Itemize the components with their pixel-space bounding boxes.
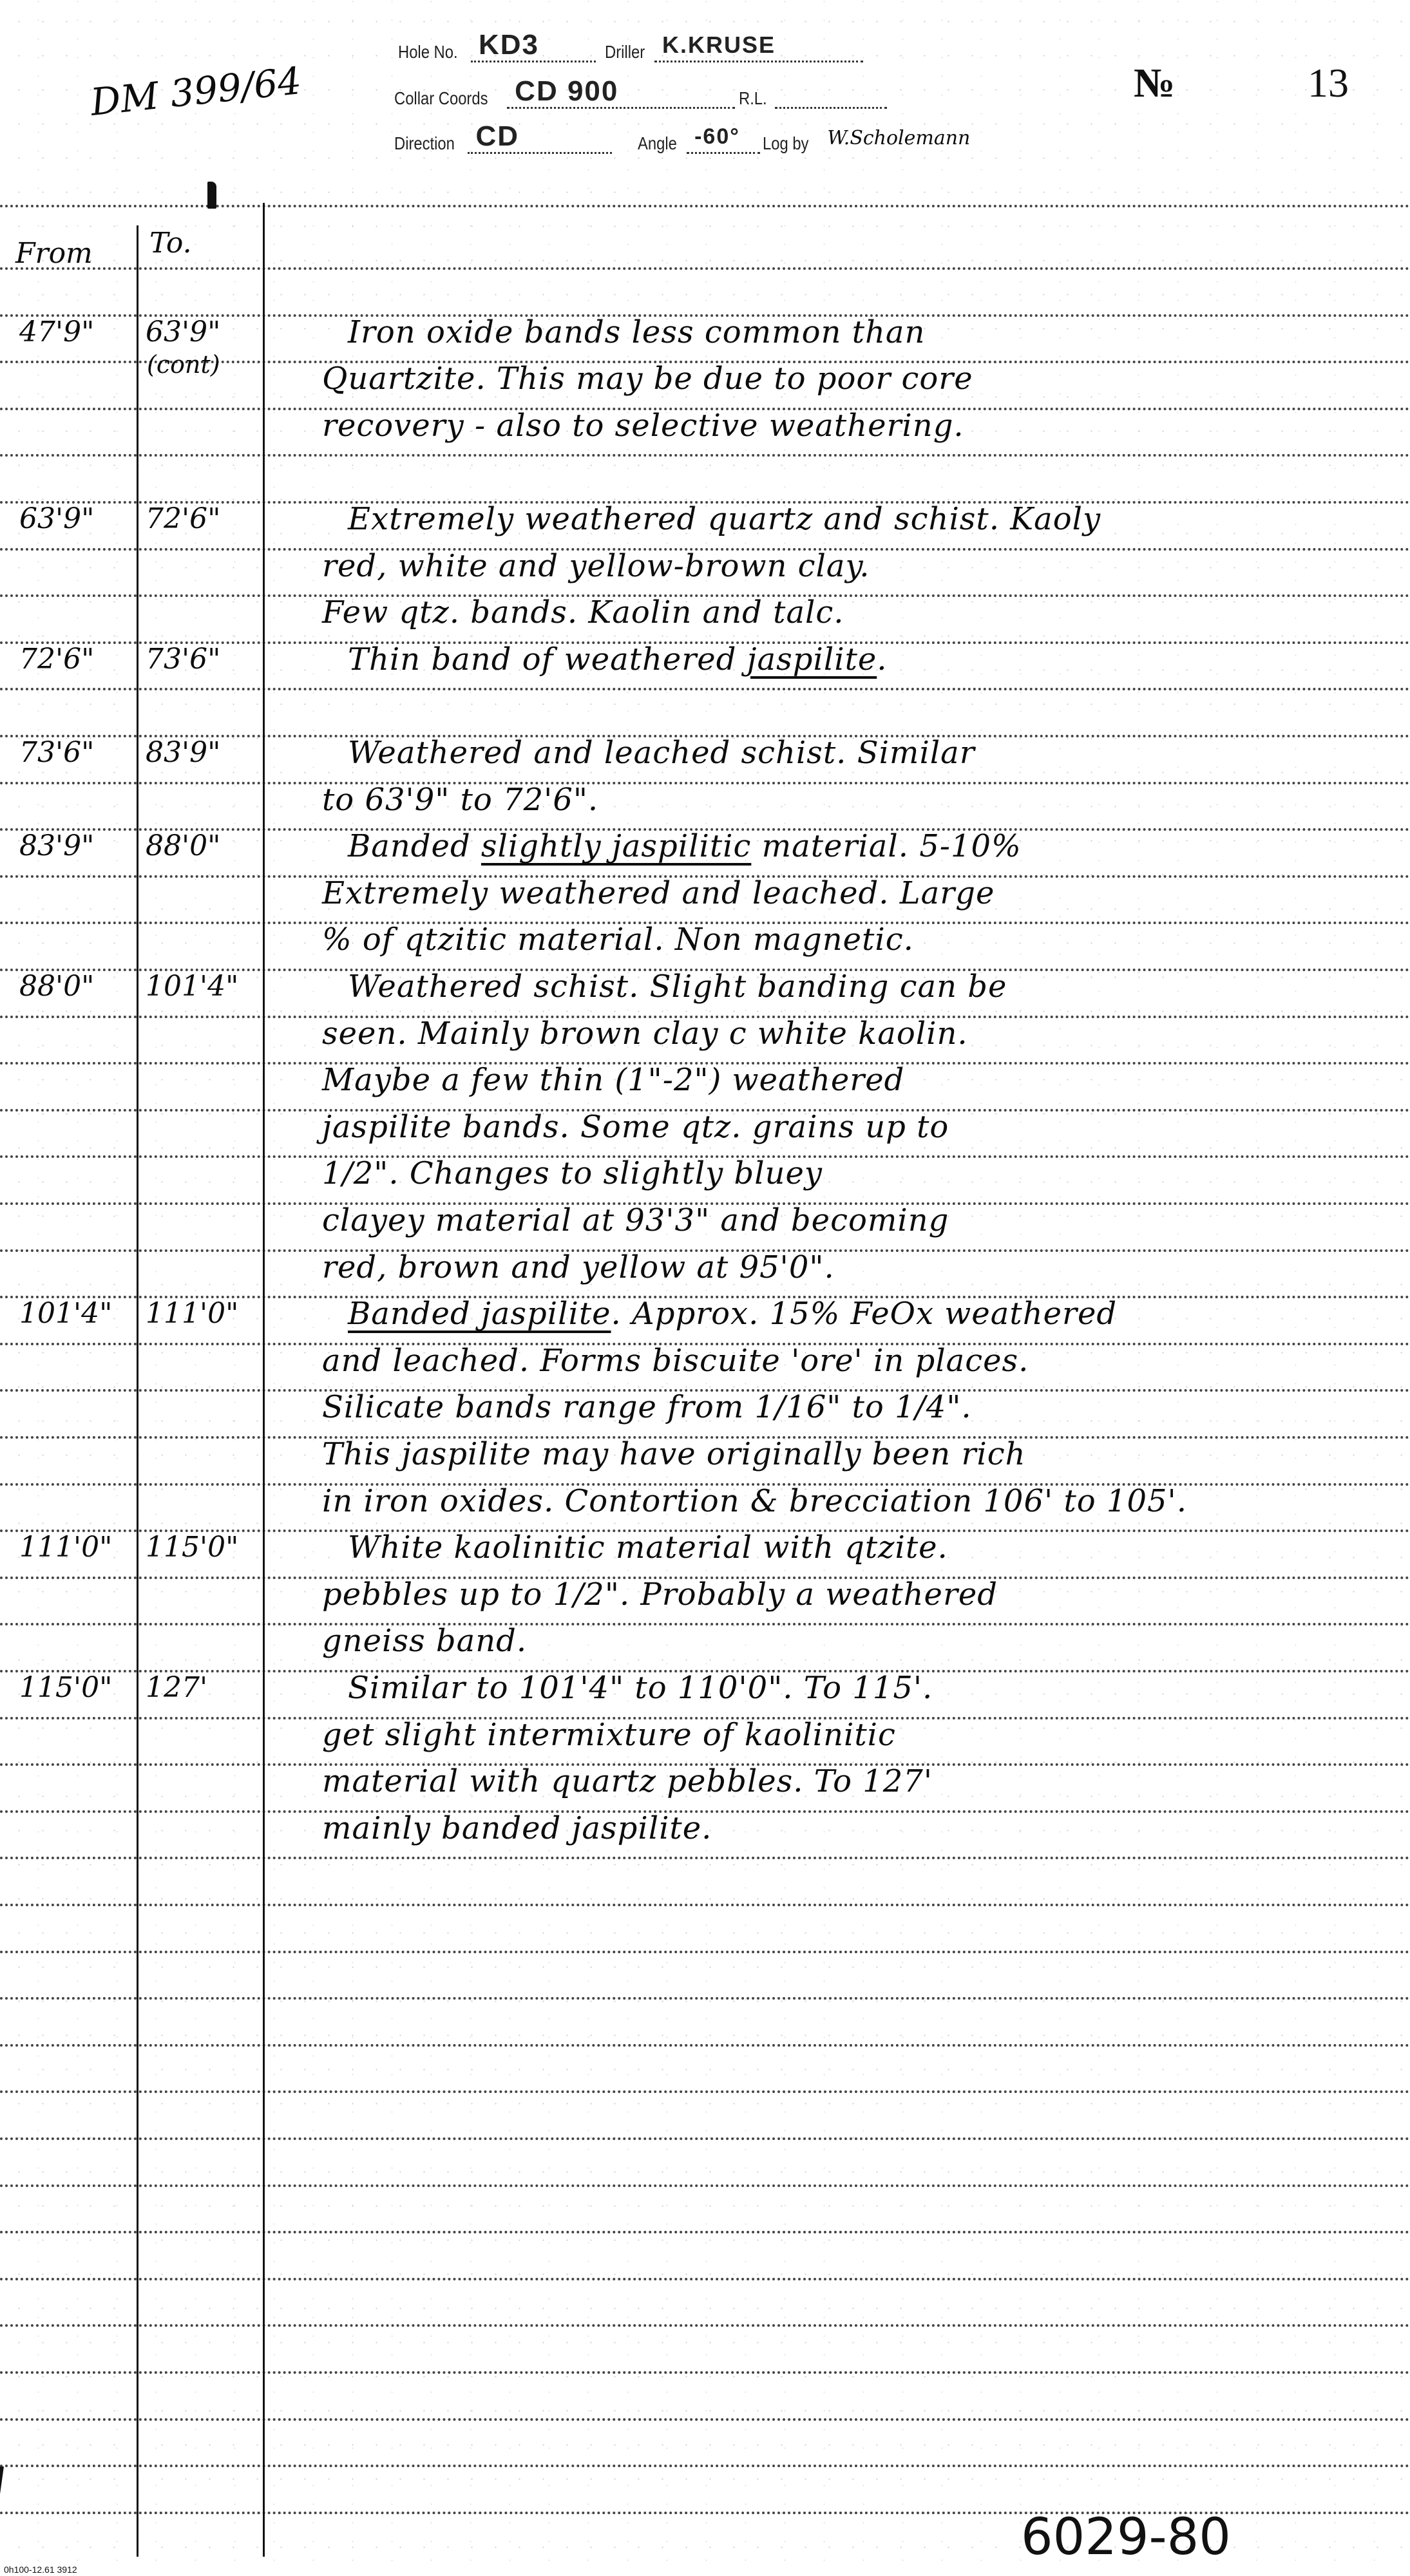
description-line: gneiss band. <box>322 1623 527 1659</box>
description-line: recovery - also to selective weathering. <box>322 408 964 444</box>
description-line: Quartzite. This may be due to poor core <box>322 361 973 397</box>
description-line: jaspilite bands. Some qtz. grains up to <box>322 1109 949 1145</box>
page-edge-shadow <box>0 2467 4 2576</box>
hole-no-label: Hole No. <box>398 42 458 62</box>
description-line: Weathered and leached schist. Similar <box>348 735 975 771</box>
number-sign: № <box>1134 59 1175 107</box>
document-number: 6029-80 <box>1021 2508 1231 2566</box>
depth-to: 72'6" <box>146 502 220 535</box>
depth-to: 101'4" <box>146 970 238 1003</box>
hole-no-value: KD3 <box>471 31 596 62</box>
description-line: seen. Mainly brown clay c white kaolin. <box>322 1016 968 1052</box>
description-line: % of qtzitic material. Non magnetic. <box>322 922 914 958</box>
ruled-line <box>0 1951 1410 1953</box>
depth-to: 63'9" <box>146 316 220 348</box>
description-line: Extremely weathered and leached. Large <box>322 875 995 911</box>
form-code: 0h100-12.61 3912 <box>4 2564 77 2575</box>
depth-to: 127' <box>146 1671 207 1704</box>
description-line: This jaspilite may have originally been … <box>322 1436 1026 1472</box>
depth-to: 83'9" <box>146 736 220 769</box>
description-line: Banded slightly jaspilitic material. 5-1… <box>348 828 1022 864</box>
ruled-line <box>0 2324 1410 2327</box>
description-line: Maybe a few thin (1"-2") weathered <box>322 1062 904 1098</box>
depth-from: 101'4" <box>19 1297 112 1330</box>
description-line: Similar to 101'4" to 110'0". To 115'. <box>348 1670 933 1706</box>
angle-label: Angle <box>638 133 677 154</box>
description-line: to 63'9" to 72'6". <box>322 782 598 818</box>
description-line: Silicate bands range from 1/16" to 1/4". <box>322 1389 972 1425</box>
depth-from: 47'9" <box>19 316 94 348</box>
ruled-line <box>0 267 1410 270</box>
ruled-line <box>0 1997 1410 2000</box>
depth-to: 73'6" <box>146 643 220 676</box>
ruled-line <box>0 782 1410 784</box>
column-to-header: To. <box>149 227 192 260</box>
depth-from: 115'0" <box>19 1671 112 1704</box>
depth-to: 88'0" <box>146 829 220 862</box>
logby-value: W.Scholemann <box>819 124 977 154</box>
ruled-line <box>0 2465 1410 2467</box>
binder-tab <box>207 182 216 209</box>
description-line: White kaolinitic material with qtzite. <box>348 1529 948 1566</box>
rl-value <box>775 77 887 109</box>
ruled-line <box>0 1623 1410 1625</box>
description-line: Weathered schist. Slight banding can be <box>348 969 1007 1005</box>
description-line: get slight intermixture of kaolinitic <box>322 1717 896 1753</box>
depth-description-divider <box>263 203 265 2557</box>
direction-value: CD <box>468 122 612 154</box>
depth-to-note: (cont) <box>147 350 220 379</box>
description-line: Extremely weathered quartz and schist. K… <box>348 501 1101 537</box>
description-line: 1/2". Changes to slightly bluey <box>322 1155 823 1191</box>
description-line: clayey material at 93'3" and becoming <box>322 1202 949 1238</box>
hole-driller-row: Hole No. KD3 Driller K.KRUSE <box>398 31 863 62</box>
driller-value: K.KRUSE <box>654 31 863 62</box>
collar-label: Collar Coords <box>394 88 488 109</box>
description-line: mainly banded jaspilite. <box>322 1810 712 1846</box>
description-line: red, brown and yellow at 95'0". <box>322 1249 835 1285</box>
ruled-line <box>0 1857 1410 1859</box>
ruled-line <box>0 2090 1410 2093</box>
sheet-number: 13 <box>1308 59 1349 107</box>
angle-value: -60° <box>687 122 760 154</box>
logby-label: Log by <box>763 133 808 154</box>
depth-from: 83'9" <box>19 829 94 862</box>
depth-from: 73'6" <box>19 736 94 769</box>
description-line: Banded jaspilite. Approx. 15% FeOx weath… <box>348 1296 1117 1332</box>
ruled-line <box>0 454 1410 457</box>
depth-to: 111'0" <box>146 1297 238 1330</box>
collar-value: CD 900 <box>507 77 735 109</box>
description-line: Few qtz. bands. Kaolin and talc. <box>322 594 844 630</box>
depth-from: 88'0" <box>19 970 94 1003</box>
ruled-line <box>0 2278 1410 2280</box>
rl-label: R.L. <box>739 88 767 109</box>
description-line: in iron oxides. Contortion & brecciation… <box>322 1483 1187 1519</box>
depth-from: 111'0" <box>19 1531 112 1564</box>
depth-from: 63'9" <box>19 502 94 535</box>
from-to-divider <box>137 225 138 2557</box>
description-line: and leached. Forms biscuite 'ore' in pla… <box>322 1343 1029 1379</box>
file-stamp: DM 399/64 <box>88 59 303 124</box>
description-line: Thin band of weathered jaspilite. <box>348 641 888 677</box>
ruled-line <box>0 1904 1410 1906</box>
depth-to: 115'0" <box>146 1531 238 1564</box>
ruled-line <box>0 2044 1410 2047</box>
ruled-line <box>0 2137 1410 2140</box>
depth-from: 72'6" <box>19 643 94 676</box>
description-line: red, white and yellow-brown clay. <box>322 548 870 584</box>
description-line: Iron oxide bands less common than <box>348 314 925 350</box>
description-line: material with quartz pebbles. To 127' <box>322 1763 933 1799</box>
description-line: pebbles up to 1/2". Probably a weathered <box>322 1577 998 1613</box>
column-from-header: From <box>15 237 93 270</box>
direction-row: Direction CD Angle -60° Log by W.Scholem… <box>394 122 977 154</box>
ruled-line <box>0 688 1410 690</box>
ruled-line <box>0 2418 1410 2421</box>
ruled-line <box>0 2231 1410 2233</box>
ruled-line <box>0 2371 1410 2374</box>
ruled-line <box>0 2184 1410 2187</box>
collar-row: Collar Coords CD 900 R.L. <box>394 77 887 109</box>
direction-label: Direction <box>394 133 455 154</box>
driller-label: Driller <box>605 42 645 62</box>
